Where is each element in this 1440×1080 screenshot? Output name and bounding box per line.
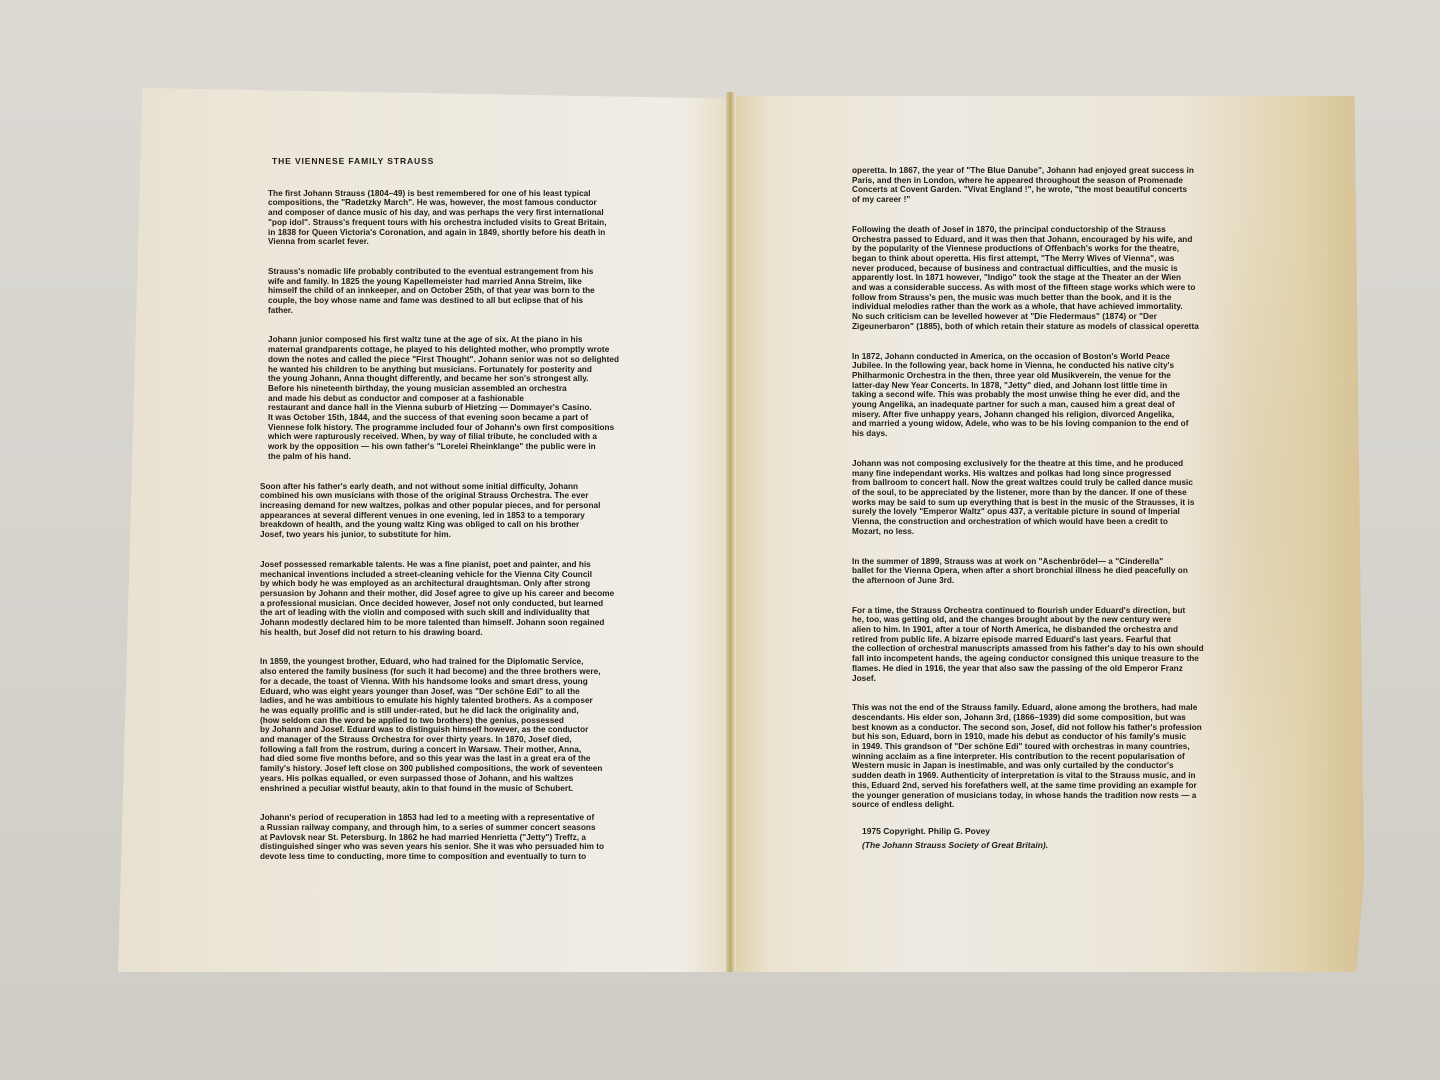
copyright-line: 1975 Copyright. Philip G. Povey bbox=[862, 824, 1048, 838]
right-page-text: operetta. In 1867, the year of "The Blue… bbox=[852, 166, 1234, 830]
left-page-text: THE VIENNESE FAMILY STRAUSS The first Jo… bbox=[242, 157, 627, 882]
binding-spine bbox=[726, 92, 736, 972]
paragraph: Strauss's nomadic life probably contribu… bbox=[242, 267, 627, 316]
paragraph: In 1859, the youngest brother, Eduard, w… bbox=[242, 657, 627, 793]
paragraph: In 1872, Johann conducted in America, on… bbox=[852, 352, 1234, 439]
paragraph: The first Johann Strauss (1804–49) is be… bbox=[242, 189, 627, 247]
paragraph: Johann was not composing exclusively for… bbox=[852, 459, 1234, 537]
paragraph: For a time, the Strauss Orchestra contin… bbox=[852, 606, 1234, 684]
paragraph: In the summer of 1899, Strauss was at wo… bbox=[852, 557, 1234, 586]
paragraph: Josef possessed remarkable talents. He w… bbox=[242, 560, 627, 638]
paragraph: operetta. In 1867, the year of "The Blue… bbox=[852, 166, 1234, 205]
paragraph: Following the death of Josef in 1870, th… bbox=[852, 225, 1234, 332]
document-title: THE VIENNESE FAMILY STRAUSS bbox=[272, 157, 627, 167]
paragraph: Soon after his father's early death, and… bbox=[242, 482, 627, 540]
society-credit: (The Johann Strauss Society of Great Bri… bbox=[862, 838, 1048, 852]
paragraph: Johann junior composed his first waltz t… bbox=[242, 335, 627, 461]
paragraph: This was not the end of the Strauss fami… bbox=[852, 703, 1234, 810]
paragraph: Johann's period of recuperation in 1853 … bbox=[242, 813, 627, 862]
copyright-notice: 1975 Copyright. Philip G. Povey (The Joh… bbox=[862, 824, 1048, 852]
